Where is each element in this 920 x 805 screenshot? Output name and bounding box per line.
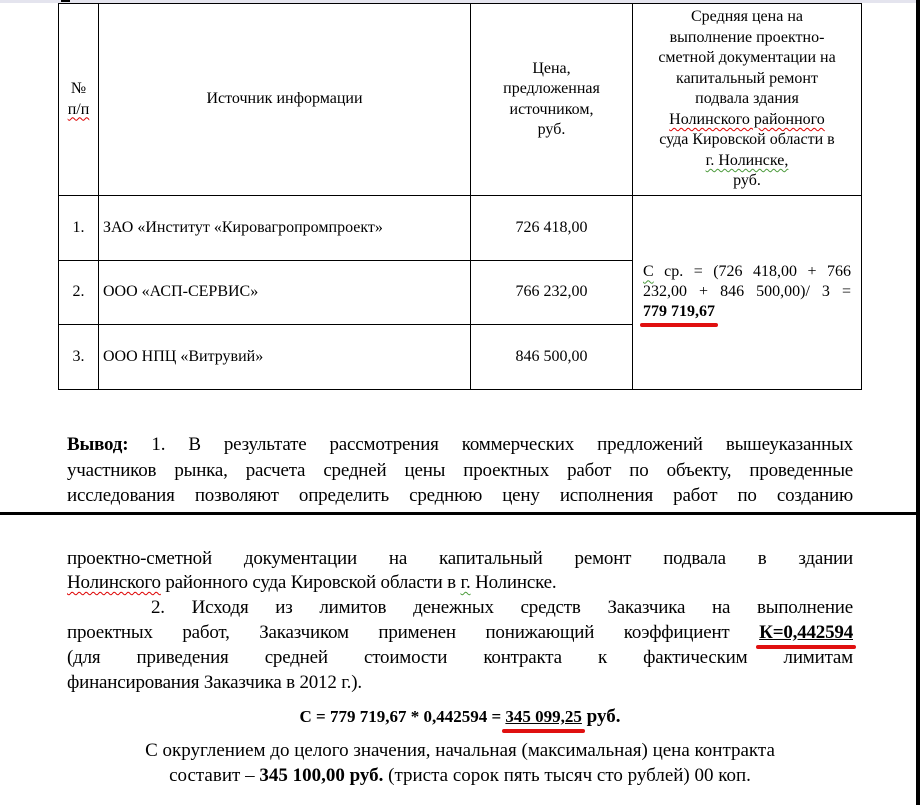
conclusion-line-2: участников рынка, расчета средней цены п… — [67, 459, 853, 482]
average-price-formula: С ср. = (726 418,00 + 766 232,00 + 846 5… — [633, 196, 862, 390]
coefficient-value: К=0,442594 — [759, 621, 853, 644]
point2-line-1: 2. Исходя из лимитов денежных средств За… — [67, 596, 853, 619]
header-avg-l1: Средняя цена на — [691, 8, 803, 25]
final-amount: 345 100,00 руб. — [259, 765, 383, 786]
row-source: ООО НПЦ «Витрувий» — [99, 325, 471, 390]
point2-line-3: (для приведения средней стоимости контра… — [67, 646, 853, 669]
conclusion-cont-line-2: Нолинского районного суда Кировской обла… — [67, 571, 853, 594]
point2-line-2: проектных работ, Заказчиком применен пон… — [67, 621, 853, 644]
header-price-l4: руб. — [538, 121, 566, 138]
header-avg-l5: подвала здания — [695, 90, 799, 107]
calculation-line: С = 779 719,67 * 0,442594 = 345 099,25 р… — [67, 705, 853, 728]
row-price: 726 418,00 — [471, 196, 633, 261]
row-price: 766 232,00 — [471, 260, 633, 325]
header-number-symbol: № — [71, 80, 86, 97]
conclusion-cont-line-1: проектно-сметной документации на капитал… — [67, 547, 853, 570]
price-comparison-table: № п/п Источник информации Цена, предложе… — [58, 3, 862, 390]
header-avg-l7: суда Кировской области в — [659, 131, 834, 148]
final-text-b: (триста сорок пять тысяч сто рублей) 00 … — [383, 765, 751, 786]
header-price: Цена, предложенная источником, руб. — [471, 4, 633, 196]
conclusion-text-1: 1. В результате рассмотрения коммерчески… — [128, 434, 853, 455]
final-line-1: С округлением до целого значения, началь… — [67, 739, 853, 762]
cont-text: районного суда Кировской области в — [161, 572, 461, 593]
cont-text-end: Нолинске. — [471, 572, 557, 593]
header-avg-l2: выполнение проектно- — [670, 29, 825, 46]
page-break-line — [0, 512, 917, 515]
average-price-result: 779 719,67 — [643, 302, 715, 322]
header-price-l1: Цена, — [532, 60, 570, 77]
header-price-l2: предложенная — [503, 80, 600, 97]
word-nolinskogo: Нолинского — [67, 572, 161, 593]
header-average-price: Средняя цена на выполнение проектно- сме… — [633, 4, 862, 196]
row-source-text: ЗАО «Институт «Кировагропромпроект» — [103, 219, 383, 236]
header-avg-l8: г. Нолинске, — [706, 152, 789, 169]
header-number: № п/п — [59, 4, 99, 196]
table-row: 1. ЗАО «Институт «Кировагропромпроект» 7… — [59, 196, 862, 261]
row-source: ООО «АСП-СЕРВИС» — [99, 260, 471, 325]
point2-text-1: 2. Исходя из лимитов денежных средств За… — [151, 597, 853, 618]
final-line-2: составит – 345 100,00 руб. (триста сорок… — [67, 764, 853, 787]
header-source: Источник информации — [99, 4, 471, 196]
formula-body: ср. = (726 418,00 + 766 232,00 + 846 500… — [643, 263, 851, 300]
header-avg-l3: сметной документации на — [658, 49, 835, 66]
formula-c: С — [643, 263, 654, 280]
page-right-border — [916, 0, 920, 805]
header-avg-l6: Нолинского районного — [669, 111, 825, 128]
table-header-row: № п/п Источник информации Цена, предложе… — [59, 4, 862, 196]
conclusion-line-1: Вывод: 1. В результате рассмотрения комм… — [67, 433, 853, 456]
text-cursor-mark — [61, 0, 70, 2]
header-price-l3: источником, — [510, 101, 594, 118]
word-g: г. — [461, 572, 471, 593]
calculation-lhs: С = 779 719,67 * 0,442594 = — [300, 707, 506, 726]
calculation-unit: руб. — [582, 706, 621, 727]
row-number: 3. — [59, 325, 99, 390]
row-source: ЗАО «Институт «Кировагропромпроект» — [99, 196, 471, 261]
conclusion-line-3: исследования позволяют определить средню… — [67, 484, 853, 507]
point2-text-2: проектных работ, Заказчиком применен пон… — [67, 622, 759, 643]
header-avg-l4: капитальный ремонт — [676, 70, 818, 87]
calculation-result: 345 099,25 — [505, 705, 582, 728]
row-number: 1. — [59, 196, 99, 261]
header-avg-l9: руб. — [733, 172, 761, 189]
row-price: 846 500,00 — [471, 325, 633, 390]
header-number-pp: п/п — [68, 101, 90, 118]
point2-line-4: финансирования Заказчика в 2012 г.). — [67, 671, 853, 694]
conclusion-label: Вывод: — [67, 434, 128, 455]
final-text-a: составит – — [169, 765, 259, 786]
row-number: 2. — [59, 260, 99, 325]
